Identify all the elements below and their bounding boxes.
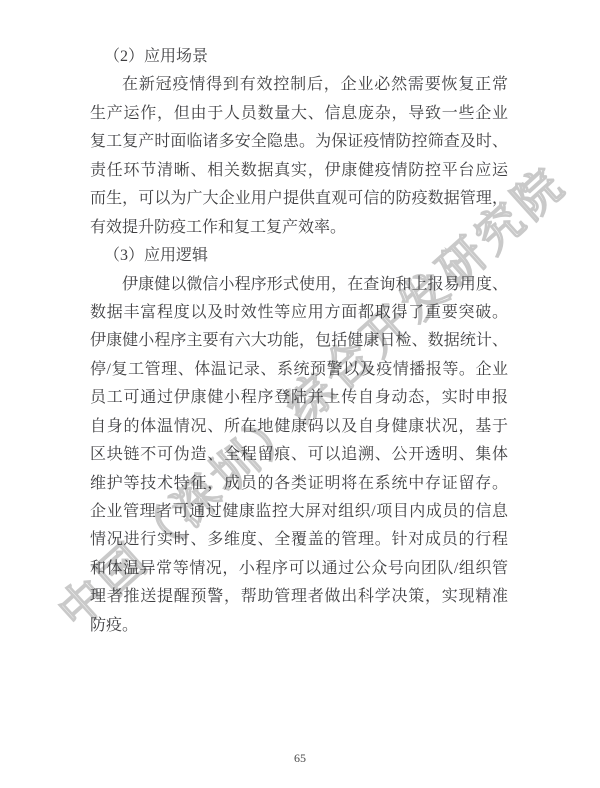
text-line: 而生，可以为广大企业用户提供直观可信的防疫数据管理， xyxy=(90,185,508,213)
text-line: 和体温异常等情况，小程序可以通过公众号向团队/组织管 xyxy=(90,555,508,583)
text-line: 情况进行实时、多维度、全覆盖的管理。针对成员的行程 xyxy=(90,526,508,554)
text-line: 有效提升防疫工作和复工复产效率。 xyxy=(90,214,508,242)
text-line: 复工复产时面临诸多安全隐患。为保证疫情防控筛查及时、 xyxy=(90,128,508,156)
section-heading-3: （3）应用逻辑 xyxy=(90,242,508,270)
text-line: 维护等技术特征，成员的各类证明将在系统中存证留存。 xyxy=(90,470,508,498)
page-number: 65 xyxy=(0,751,600,766)
text-line: 数据丰富程度以及时效性等应用方面都取得了重要突破。 xyxy=(90,299,508,327)
text-line: 理者推送提醒预警，帮助管理者做出科学决策，实现精准 xyxy=(90,583,508,611)
text-line: 停/复工管理、体温记录、系统预警以及疫情播报等。企业 xyxy=(90,356,508,384)
text-line: 责任环节清晰、相关数据真实，伊康健疫情防控平台应运 xyxy=(90,157,508,185)
text-line: 生产运作，但由于人员数量大、信息庞杂，导致一些企业 xyxy=(90,100,508,128)
document-page: 中国（深圳）综合开发研究院 （2）应用场景 在新冠疫情得到有效控制后，企业必然需… xyxy=(0,0,600,788)
text-line: 企业管理者可通过健康监控大屏对组织/项目内成员的信息 xyxy=(90,498,508,526)
text-line: 伊康健小程序主要有六大功能，包括健康日检、数据统计、 xyxy=(90,327,508,355)
text-line: 员工可通过伊康健小程序登陆并上传自身动态，实时申报 xyxy=(90,384,508,412)
text-line: 在新冠疫情得到有效控制后，企业必然需要恢复正常 xyxy=(90,71,508,99)
text-line: 防疫。 xyxy=(90,612,508,640)
text-line: 自身的体温情况、所在地健康码以及自身健康状况，基于 xyxy=(90,413,508,441)
text-content: （2）应用场景 在新冠疫情得到有效控制后，企业必然需要恢复正常 生产运作，但由于… xyxy=(90,43,508,640)
section-heading-2: （2）应用场景 xyxy=(90,43,508,71)
text-line: 伊康健以微信小程序形式使用，在查询和上报易用度、 xyxy=(90,271,508,299)
text-line: 区块链不可伪造、全程留痕、可以追溯、公开透明、集体 xyxy=(90,441,508,469)
